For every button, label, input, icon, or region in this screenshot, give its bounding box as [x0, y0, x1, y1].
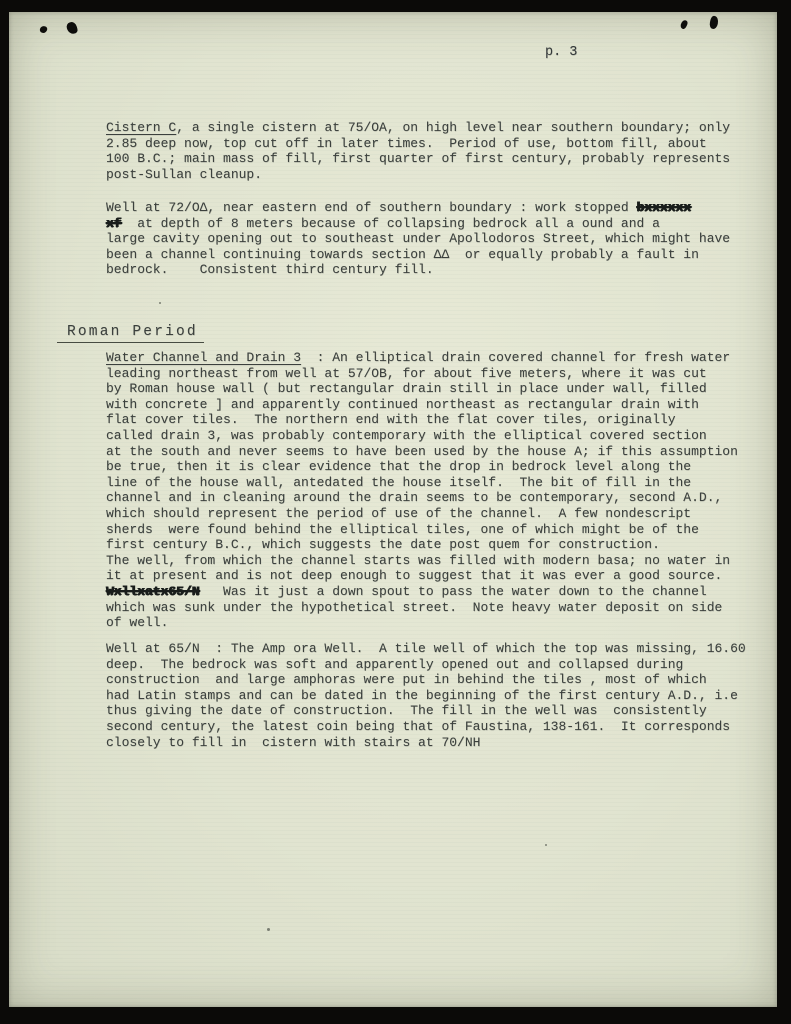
- section-heading-label: Roman Period: [57, 324, 204, 343]
- ink-blot-2: [66, 21, 79, 35]
- paragraph-lead-underlined: Water Channel and Drain 3: [106, 350, 301, 365]
- ink-blot-3: [679, 19, 689, 30]
- overstruck-text: bxxxxxx: [637, 200, 692, 215]
- paragraph-well-65: Well at 65/N : The Amp ora Well. A tile …: [106, 641, 766, 750]
- paragraph-text: Well at 65/N : The Amp ora Well. A tile …: [106, 641, 746, 750]
- ink-blot-4: [709, 15, 720, 29]
- paragraph-lead-underlined: Cistern C: [106, 120, 176, 135]
- paragraph-cistern-c: Cistern C, a single cistern at 75/OA, on…: [106, 120, 766, 182]
- overstruck-text: xf: [106, 216, 122, 231]
- paper-speck: [545, 844, 547, 846]
- paragraph-text: , a single cistern at 75/OA, on high lev…: [106, 120, 730, 182]
- ink-blot-1: [39, 25, 48, 34]
- paragraph-text: : An elliptical drain covered channel fo…: [106, 350, 738, 583]
- paragraph-water-channel-drain-3: Water Channel and Drain 3 : An elliptica…: [106, 350, 766, 631]
- paragraph-text: Well at 72/OΔ, near eastern end of south…: [106, 200, 637, 215]
- paper-speck: [267, 928, 270, 931]
- paper-speck: [159, 302, 161, 304]
- page-number: p. 3: [545, 45, 577, 60]
- section-heading-roman-period: Roman Period: [57, 322, 204, 343]
- paragraph-text: at depth of 8 meters because of collapsi…: [106, 216, 730, 278]
- overstruck-text: Wxllxatx65/N: [106, 584, 200, 599]
- scanned-page: p. 3 Cistern C, a single cistern at 75/O…: [9, 12, 777, 1007]
- paragraph-well-72: Well at 72/OΔ, near eastern end of south…: [106, 200, 766, 278]
